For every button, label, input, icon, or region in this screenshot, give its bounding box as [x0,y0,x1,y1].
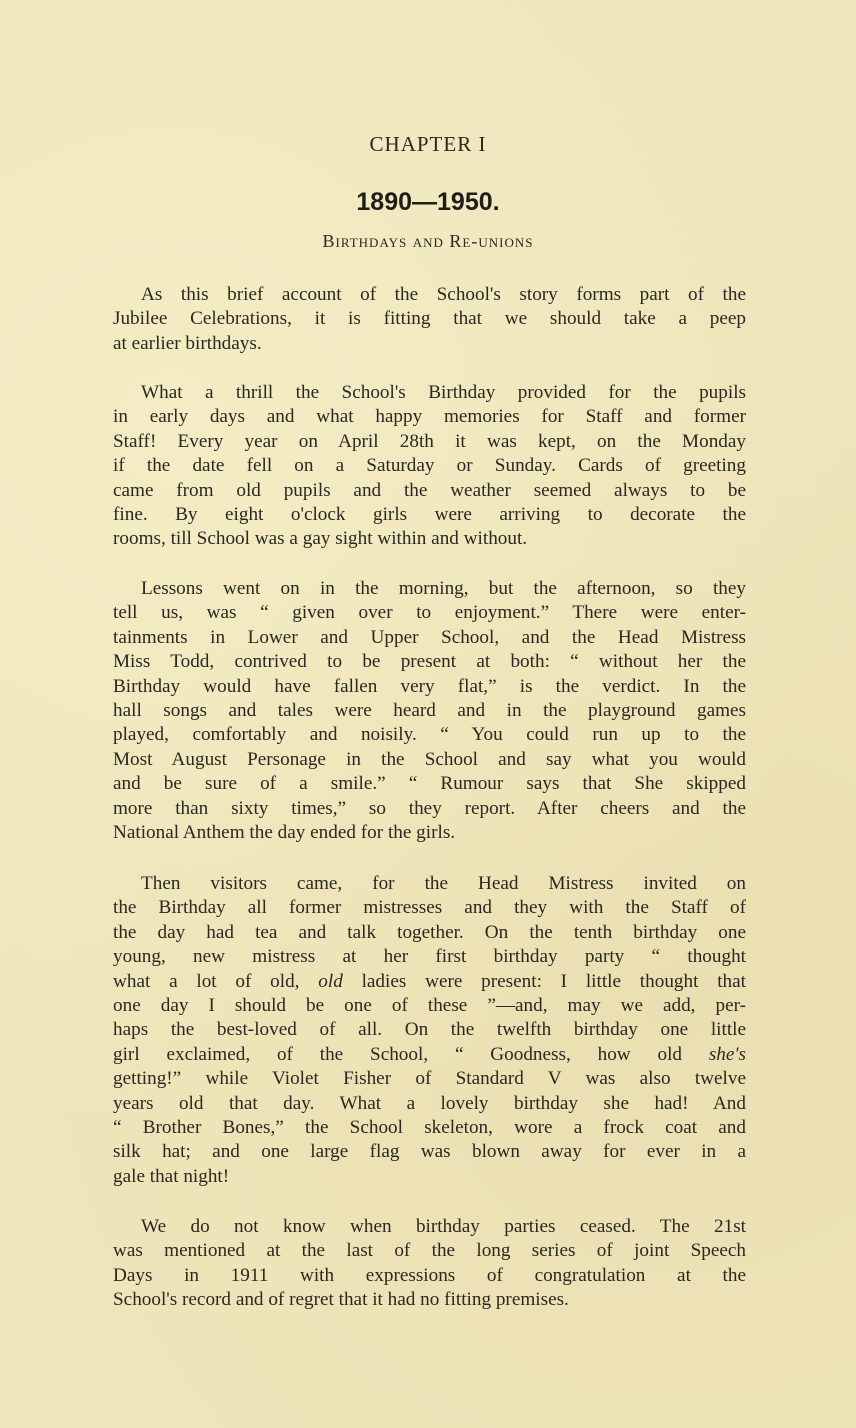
text-line: Jubilee Celebrations, it is fitting that… [113,307,746,331]
text-line: in early days and what happy memories fo… [113,405,746,429]
text-line: at earlier birthdays. [113,332,746,356]
paragraph-3: Lessons went on in the morning, but the … [113,577,746,845]
text-line: Staff! Every year on April 28th it was k… [113,430,746,454]
text-line: Then visitors came, for the Head Mistres… [113,872,746,896]
text-line: years old that day. What a lovely birthd… [113,1092,746,1116]
text-line: School's record and of regret that it ha… [113,1288,746,1312]
text-line: if the date fell on a Saturday or Sunday… [113,454,746,478]
text-line: gale that night! [113,1165,746,1189]
chapter-title: 1890—1950. [0,188,856,217]
text-line: one day I should be one of these ”—and, … [113,994,746,1018]
text-line: was mentioned at the last of the long se… [113,1239,746,1263]
text-line: silk hat; and one large flag was blown a… [113,1140,746,1164]
text-line: girl exclaimed, of the School, “ Goodnes… [113,1043,746,1067]
text-line: Miss Todd, contrived to be present at bo… [113,650,746,674]
text-line: Lessons went on in the morning, but the … [113,577,746,601]
text-line: Birthday would have fallen very flat,” i… [113,675,746,699]
text-line: young, new mistress at her first birthda… [113,945,746,969]
text-line: What a thrill the School's Birthday prov… [113,381,746,405]
paragraph-1: As this brief account of the School's st… [113,283,746,356]
chapter-subtitle: Birthdays and Re-unions [0,231,856,252]
text-line: As this brief account of the School's st… [113,283,746,307]
text-line: tainments in Lower and Upper School, and… [113,626,746,650]
chapter-label: CHAPTER I [0,132,856,157]
text-line: fine. By eight o'clock girls were arrivi… [113,503,746,527]
text-line: We do not know when birthday parties cea… [113,1215,746,1239]
text-line: “ Brother Bones,” the School skeleton, w… [113,1116,746,1140]
text-line: Days in 1911 with expressions of congrat… [113,1264,746,1288]
text-line: more than sixty times,” so they report. … [113,797,746,821]
paragraph-5: We do not know when birthday parties cea… [113,1215,746,1313]
text-line: haps the best-loved of all. On the twelf… [113,1018,746,1042]
text-line: rooms, till School was a gay sight withi… [113,527,746,551]
text-line: Most August Personage in the School and … [113,748,746,772]
text-line: tell us, was “ given over to enjoyment.”… [113,601,746,625]
text-line: and be sure of a smile.” “ Rumour says t… [113,772,746,796]
text-line: what a lot of old, old ladies were prese… [113,970,746,994]
text-line: the Birthday all former mistresses and t… [113,896,746,920]
text-line: getting!” while Violet Fisher of Standar… [113,1067,746,1091]
paragraph-4: Then visitors came, for the Head Mistres… [113,872,746,1189]
text-line: came from old pupils and the weather see… [113,479,746,503]
text-line: played, comfortably and noisily. “ You c… [113,723,746,747]
text-line: National Anthem the day ended for the gi… [113,821,746,845]
text-line: hall songs and tales were heard and in t… [113,699,746,723]
book-page: CHAPTER I 1890—1950. Birthdays and Re-un… [0,0,856,1428]
text-line: the day had tea and talk together. On th… [113,921,746,945]
paragraph-2: What a thrill the School's Birthday prov… [113,381,746,552]
